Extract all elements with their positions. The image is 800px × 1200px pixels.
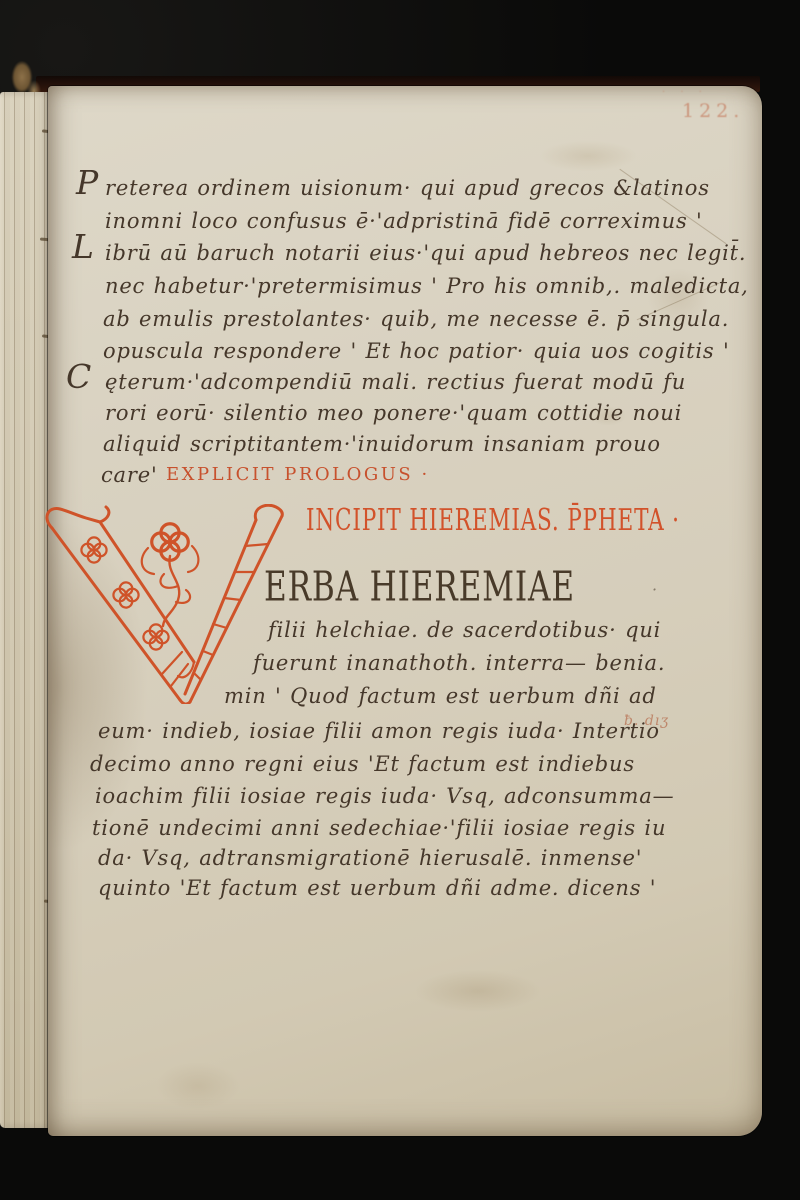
prologue-line: ab emulis prestolantes· quib, me necesse…: [103, 307, 729, 331]
marginal-gloss: ƀ. dıʒ: [624, 714, 669, 728]
prologue-line: reterea ordinem uisionum· qui apud greco…: [105, 176, 710, 200]
prologue-line: rori eorū· silentio meo ponere·'quam cot…: [105, 401, 682, 425]
prologue-line: ęterum·'adcompendiū mali. rectius fuerat…: [105, 370, 686, 394]
jeremiah-line: quinto 'Et factum est uerbum dñi adme. d…: [98, 876, 656, 900]
prologue-line: nec habetur·'pretermisimus ' Pro his omn…: [105, 274, 749, 298]
prologue-line: aliquid scriptitantem·'inuidorum insania…: [103, 432, 661, 456]
display-line-mark: ·: [652, 582, 657, 598]
jeremiah-line: tionē undecimi anni sedechiae·'filii ios…: [92, 816, 666, 840]
initial-L: L: [72, 230, 94, 263]
jeremiah-line: fuerunt inanathoth. interra— benia.: [253, 651, 665, 675]
folio-number: 122.: [682, 102, 744, 121]
jeremiah-line: filii helchiae. de sacerdotibus· qui: [268, 618, 661, 642]
initial-P: P: [76, 166, 98, 199]
initial-C: C: [66, 360, 91, 393]
jeremiah-line: decimo anno regni eius 'Et factum est in…: [90, 752, 635, 776]
jeremiah-line: ioachim filii iosiae regis iuda· Vsq, ad…: [95, 784, 674, 808]
parchment-page: · · · 122. P reterea ordinem uisionum· q…: [48, 86, 762, 1136]
incipit-rubric: INCIPIT HIEREMIAS. P̄PHETA ·: [306, 506, 680, 536]
manuscript-photo: · · · 122. P reterea ordinem uisionum· q…: [0, 0, 800, 1200]
jeremiah-line: min ' Quod factum est uerbum dñi ad: [224, 684, 657, 708]
prologue-line: ibrū aū baruch notarii eius·'qui apud he…: [105, 241, 746, 265]
prologue-line: opuscula respondere ' Et hoc patior· qui…: [103, 339, 730, 363]
jeremiah-line: eum· indieb, iosiae filii amon regis iud…: [98, 719, 660, 743]
corner-marks: · · ·: [662, 88, 708, 98]
prologue-line: inomni loco confusus ē·'adpristinā fidē …: [105, 209, 703, 233]
explicit-rubric: EXPLICIT PROLOGUS ·: [166, 466, 430, 484]
jeremiah-line: da· Vsq, adtransmigrationē hierusalē. in…: [98, 846, 642, 870]
verba-display-line: ERBA HIEREMIAE: [264, 566, 575, 607]
prologue-line: care': [101, 463, 158, 487]
